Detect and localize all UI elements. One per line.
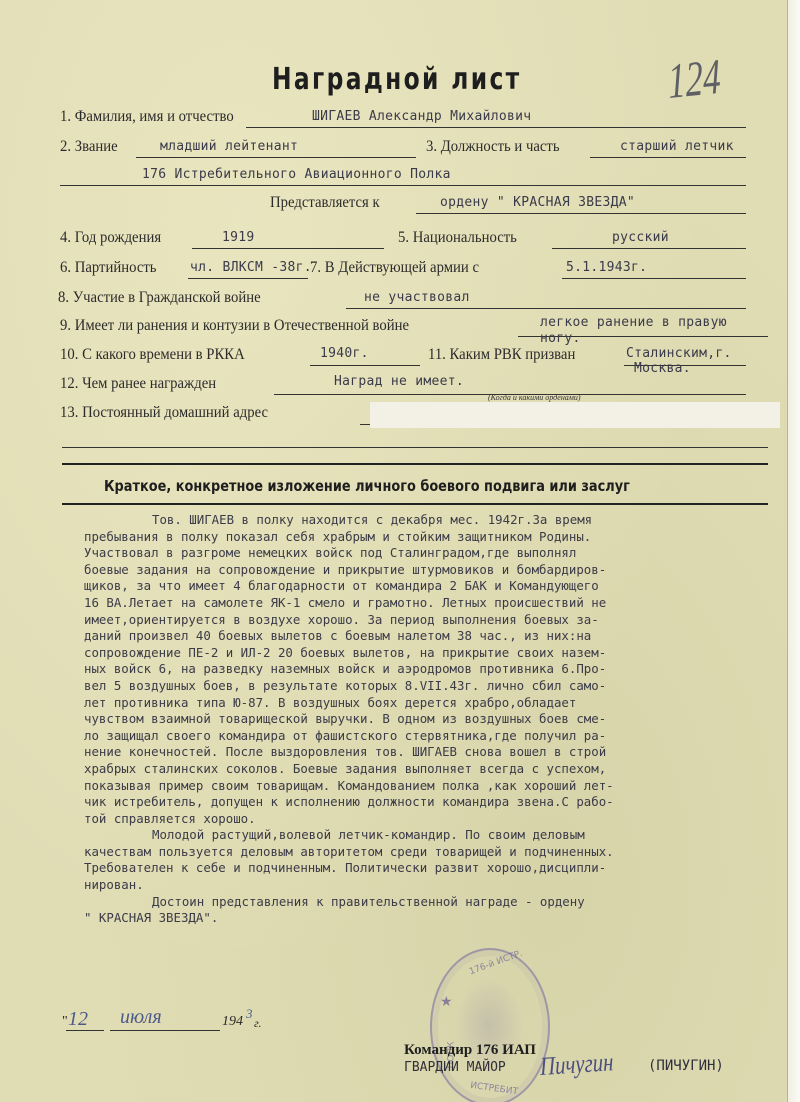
presented-label: Представляется к [270, 194, 380, 212]
field-10-underline [310, 365, 420, 366]
narrative-line: нирован. [84, 877, 774, 894]
field-4-label: 4. Год рождения [60, 229, 161, 247]
field-1-label: 1. Фамилия, имя и отчество [60, 108, 234, 126]
field-1-underline [246, 127, 746, 128]
date-day-underline [66, 1030, 104, 1031]
date-day: 12 [68, 1008, 88, 1031]
signature-rank: ГВАРДИИ МАЙОР [404, 1060, 506, 1075]
narrative-line: чик истребитель, допущен к исполнению до… [84, 794, 774, 811]
scan-edge [787, 0, 800, 1102]
field-9-value-line2: ногу. [540, 331, 581, 346]
field-7-value: 5.1.1943г. [566, 260, 647, 275]
field-11-label: 11. Каким РВК призван [428, 346, 575, 364]
date-year-prefix: 194 [222, 1014, 243, 1030]
stamp-text-bottom: ИСТРЕБИТ [470, 1081, 519, 1098]
field-3-underline-2 [60, 185, 746, 186]
field-12-value: Наград не имеет. [334, 374, 464, 389]
signature-title: Командир 176 ИАП [404, 1042, 536, 1059]
narrative-line: лет противника типа Ю-87. В воздушных бо… [84, 695, 774, 712]
field-3-value-line2: 176 Истребительного Авиационного Полка [142, 167, 451, 182]
narrative-line: Требователен к себе и подчиненным. Полит… [84, 860, 774, 877]
narrative-line: Достоин представления к правительственно… [84, 894, 774, 911]
field-7-underline [562, 278, 746, 279]
section-rule-bottom [62, 503, 768, 505]
award-sheet-page: Наградной лист 124 1. Фамилия, имя и отч… [0, 0, 788, 1102]
narrative-line: той справляется хорошо. [84, 811, 774, 828]
field-1-value: ШИГАЕВ Александр Михайлович [312, 109, 531, 124]
field-6-label: 6. Партийность [60, 259, 157, 277]
date-month: июля [120, 1006, 162, 1029]
presented-value: ордену " КРАСНАЯ ЗВЕЗДА" [440, 195, 635, 210]
date-quote: " [62, 1014, 68, 1030]
field-11-value: Сталинским,г. [626, 346, 732, 361]
field-9-label: 9. Имеет ли ранения и контузии в Отечест… [60, 317, 409, 335]
presented-underline [416, 213, 746, 214]
official-stamp: ★ 176-й ИСТР. ПОЛК ИСТРЕБИТ [430, 948, 550, 1102]
field-13-underline-2 [62, 447, 768, 448]
narrative-text: Тов. ШИГАЕВ в полку находится с декабря … [84, 512, 774, 927]
field-13-label: 13. Постоянный домашний адрес [60, 404, 268, 422]
redacted-address [370, 402, 780, 428]
narrative-line: сопровождение ПЕ-2 и ИЛ-2 20 боевых выле… [84, 645, 774, 662]
section-heading: Краткое, конкретное изложение личного бо… [104, 477, 630, 495]
field-2-value: младший лейтенант [160, 139, 298, 154]
document-title: Наградной лист [272, 62, 522, 97]
narrative-line: Молодой растущий,волевой летчик-командир… [84, 827, 774, 844]
narrative-line: щиков, за что имеет 4 благодарности от к… [84, 578, 774, 595]
field-9-value: легкое ранение в правую [540, 315, 727, 330]
field-5-underline [552, 248, 746, 249]
field-8-underline [346, 308, 746, 309]
narrative-line: " КРАСНАЯ ЗВЕЗДА". [84, 910, 774, 927]
star-icon: ★ [440, 994, 453, 1011]
narrative-line: Участвовал в разгроме немецких войск под… [84, 545, 774, 562]
field-6-underline [188, 278, 308, 279]
date-month-underline [110, 1030, 220, 1031]
section-rule-top [62, 463, 768, 465]
field-4-underline [192, 248, 384, 249]
narrative-line: показывая пример своим товарищам. Команд… [84, 778, 774, 795]
field-2-label: 2. Звание [60, 138, 118, 156]
field-4-value: 1919 [222, 230, 255, 245]
field-10-label: 10. С какого времени в РККА [60, 346, 245, 364]
field-12-hint: (Когда и какими орденами) [488, 393, 581, 402]
narrative-line: нение конечностей. После выздоровления т… [84, 744, 774, 761]
narrative-line: боевые задания на сопровождение и прикры… [84, 562, 774, 579]
narrative-line: 16 ВА.Летает на самолете ЯК-1 смело и гр… [84, 595, 774, 612]
field-6-value: чл. ВЛКСМ -38г. [190, 260, 312, 275]
handwritten-signature: Пичугин [539, 1047, 614, 1082]
narrative-line: вел 5 воздушных боев, в результате котор… [84, 678, 774, 695]
field-10-value: 1940г. [320, 346, 369, 361]
field-5-label: 5. Национальность [398, 229, 517, 247]
field-7-label: 7. В Действующей армии с [310, 259, 479, 277]
narrative-line: храбрых сталинских соколов. Боевые задан… [84, 761, 774, 778]
field-8-label: 8. Участие в Гражданской войне [58, 289, 261, 307]
field-2-underline [136, 157, 416, 158]
date-year-unit: г. [254, 1016, 262, 1031]
field-3-underline [590, 157, 746, 158]
field-12-label: 12. Чем ранее награжден [60, 375, 216, 393]
field-11-value-line2: Москва. [634, 361, 691, 376]
stamp-text-top: 176-й ИСТР. [468, 949, 524, 978]
archive-number: 124 [667, 47, 722, 110]
signatory-name: (ПИЧУГИН) [648, 1058, 724, 1074]
field-5-value: русский [612, 230, 669, 245]
date-year-suffix: 3 [246, 1006, 253, 1022]
narrative-line: даний произвел 40 боевых вылетов с боевы… [84, 628, 774, 645]
field-8-value: не участвовал [364, 290, 470, 305]
narrative-line: ло защищал своего командира от фашистско… [84, 728, 774, 745]
field-3-value: старший летчик [620, 139, 734, 154]
narrative-line: пребывания в полку показал себя храбрым … [84, 529, 774, 546]
narrative-line: Тов. ШИГАЕВ в полку находится с декабря … [84, 512, 774, 529]
field-3-label: 3. Должность и часть [426, 138, 560, 156]
narrative-line: качествам пользуется деловым авторитетом… [84, 844, 774, 861]
narrative-line: имеет,ориентируется в воздухе хорошо. За… [84, 612, 774, 629]
narrative-line: чувством взаимной товарищеской выручки. … [84, 711, 774, 728]
narrative-line: ных войск 6, на разведку наземных войск … [84, 661, 774, 678]
